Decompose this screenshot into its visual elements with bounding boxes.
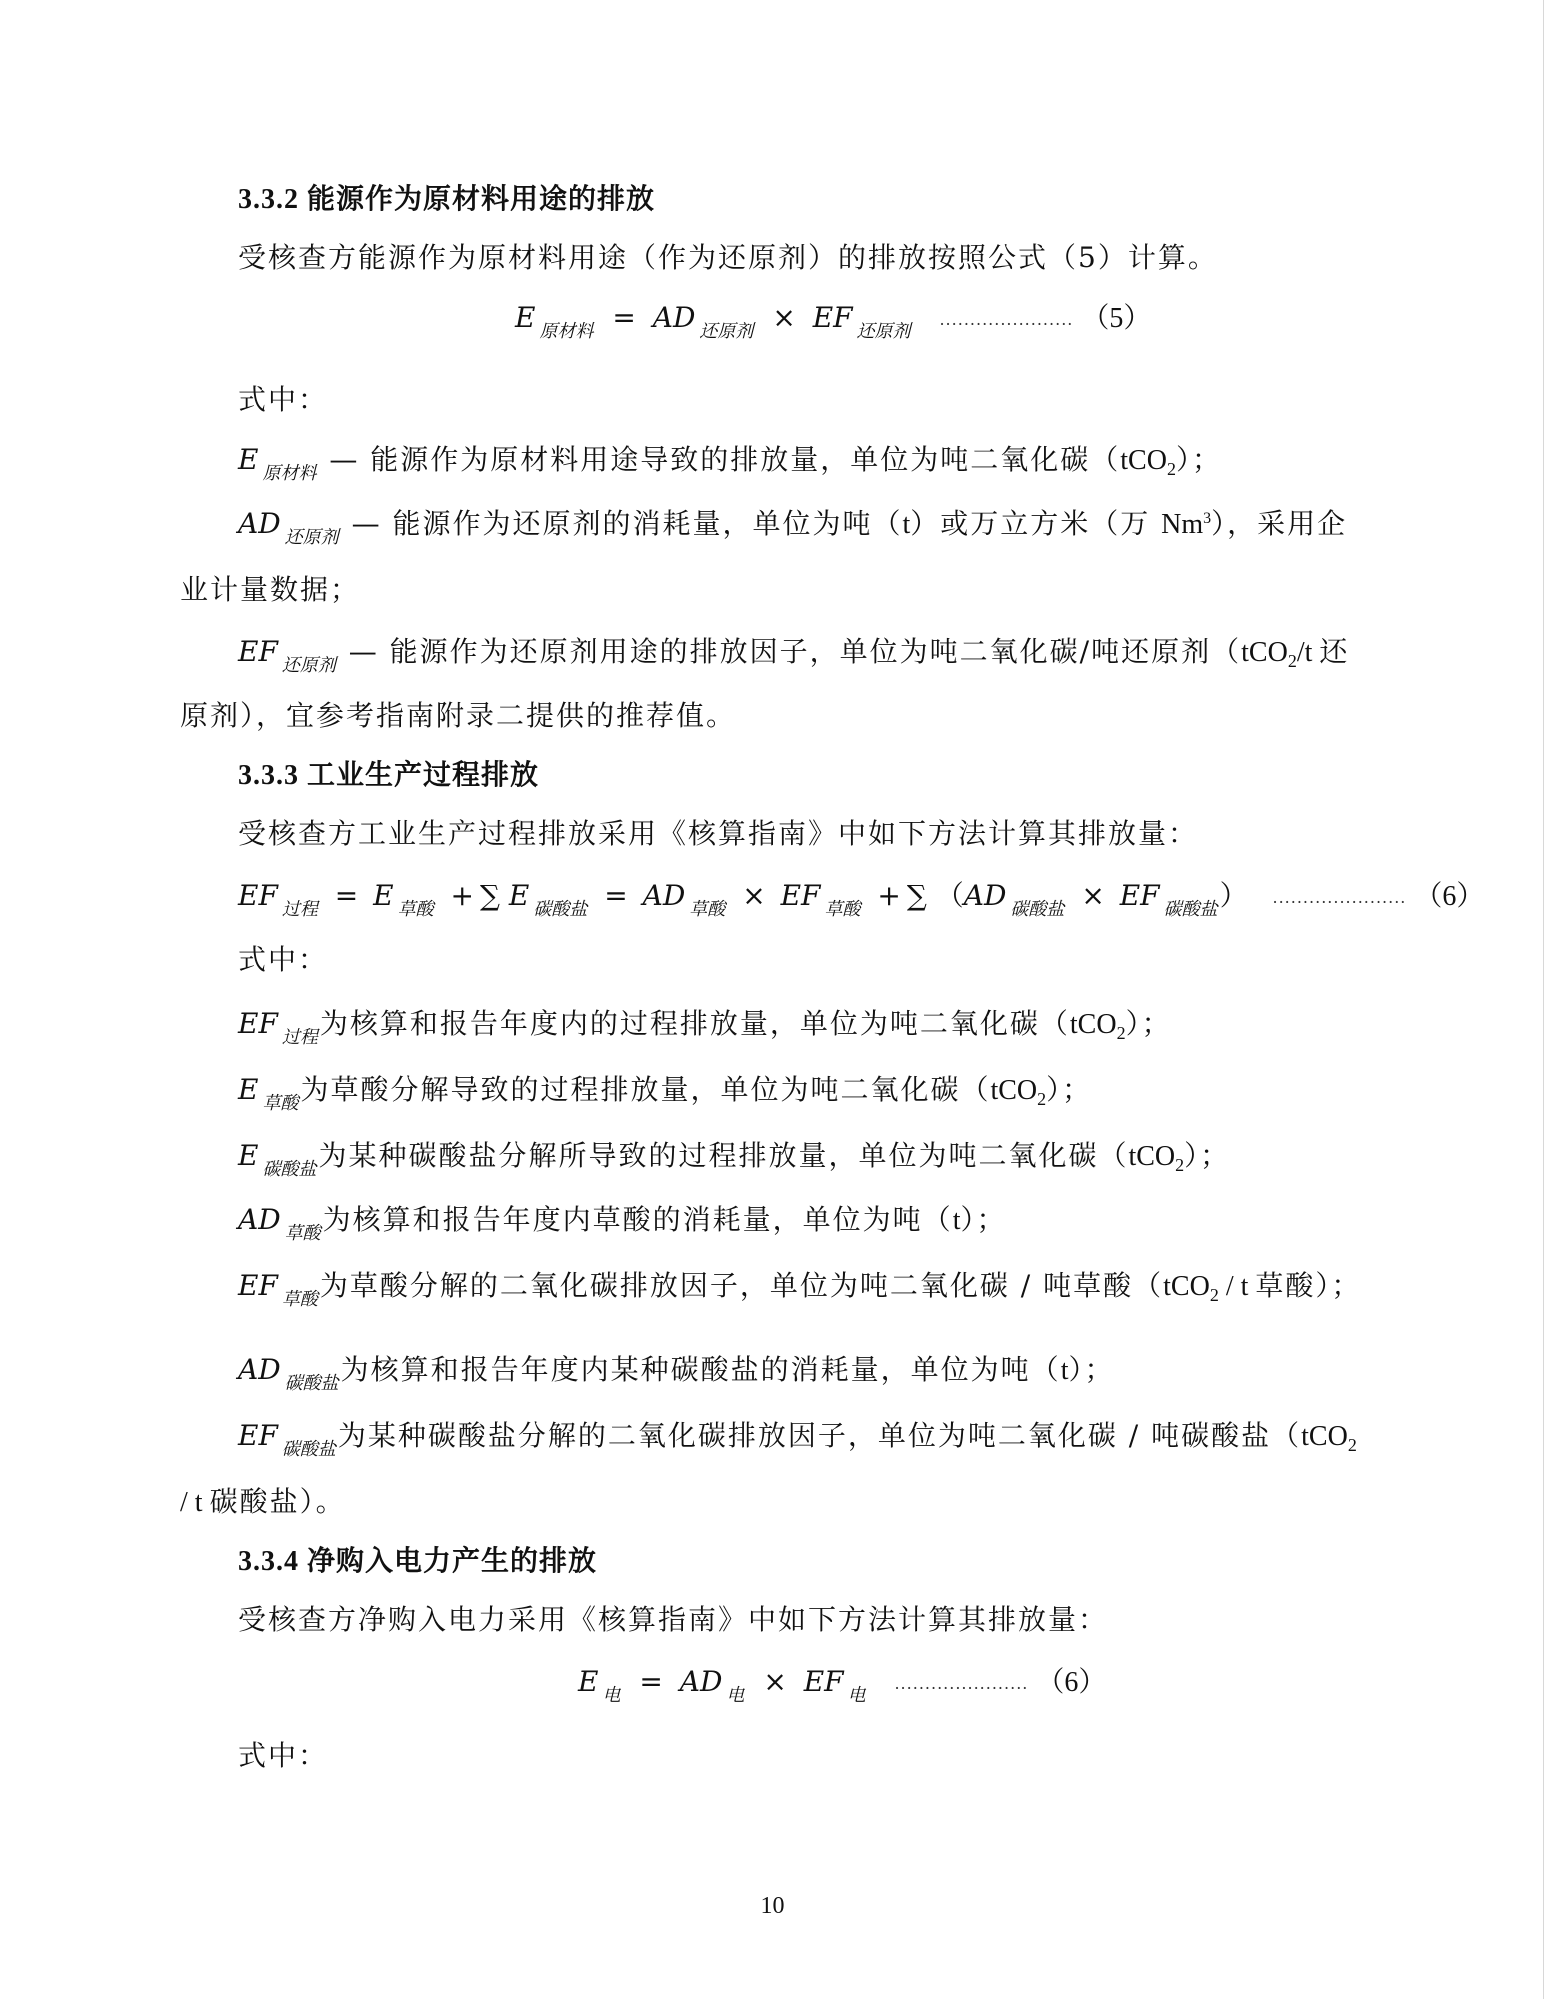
section-heading-3-3-2: 3.3.2 能源作为原材料用途的排放 bbox=[238, 180, 655, 220]
definition-ef-carbonate: EF碳酸盐为某种碳酸盐分解的二氧化碳排放因子，单位为吨二氧化碳 / 吨碳酸盐（t… bbox=[238, 1416, 1357, 1460]
definition-ef-carbonate-continued: / t 碳酸盐）。 bbox=[180, 1482, 346, 1523]
definition-ef-oxalic: EF草酸为草酸分解的二氧化碳排放因子，单位为吨二氧化碳 / 吨草酸（tCO2 /… bbox=[238, 1266, 1361, 1310]
definition-e-raw-material: E原材料 — 能源作为原材料用途导致的排放量，单位为吨二氧化碳（tCO2）； bbox=[238, 440, 1222, 484]
where-label: 式中： bbox=[238, 380, 328, 420]
formula-5: E原材料 = AD还原剂 × EF还原剂 ...................… bbox=[515, 298, 1151, 342]
leader-dots: ...................... bbox=[894, 1674, 1028, 1693]
section-heading-3-3-4: 3.3.4 净购入电力产生的排放 bbox=[238, 1542, 597, 1582]
definition-ef-reductant-continued: 原剂），宜参考指南附录二提供的推荐值。 bbox=[180, 696, 736, 736]
where-label: 式中： bbox=[238, 1736, 328, 1776]
paragraph-intro-3-3-4: 受核查方净购入电力采用《核算指南》中如下方法计算其排放量： bbox=[238, 1600, 1108, 1640]
paragraph-intro-3-3-2: 受核查方能源作为原材料用途（作为还原剂）的排放按照公式（5）计算。 bbox=[238, 238, 1218, 278]
definition-ad-reductant: AD还原剂 — 能源作为还原剂的消耗量，单位为吨（t）或万立方米（万 Nm3），… bbox=[238, 504, 1347, 549]
page-number: 10 bbox=[0, 1893, 1545, 1920]
leader-dots: ...................... bbox=[1273, 888, 1407, 907]
leader-dots: ...................... bbox=[939, 310, 1073, 329]
section-heading-3-3-3: 3.3.3 工业生产过程排放 bbox=[238, 756, 539, 796]
definition-ad-oxalic: AD草酸为核算和报告年度内草酸的消耗量，单位为吨（t）； bbox=[238, 1200, 1006, 1244]
paragraph-intro-3-3-3: 受核查方工业生产过程排放采用《核算指南》中如下方法计算其排放量： bbox=[238, 814, 1198, 854]
definition-e-oxalic: E草酸为草酸分解导致的过程排放量，单位为吨二氧化碳（tCO2）； bbox=[238, 1070, 1092, 1114]
where-label: 式中： bbox=[238, 940, 328, 980]
definition-ad-reductant-continued: 业计量数据； bbox=[180, 570, 360, 610]
definition-ad-carbonate: AD碳酸盐为核算和报告年度内某种碳酸盐的消耗量，单位为吨（t）； bbox=[238, 1350, 1114, 1394]
definition-e-carbonate: E碳酸盐为某种碳酸盐分解所导致的过程排放量，单位为吨二氧化碳（tCO2）； bbox=[238, 1136, 1230, 1180]
definition-ef-reductant: EF还原剂 — 能源作为还原剂用途的排放因子，单位为吨二氧化碳/吨还原剂（tCO… bbox=[238, 632, 1347, 676]
formula-6-process: EF过程 = E草酸 +∑ E碳酸盐 = AD草酸 × EF草酸 +∑ （AD碳… bbox=[238, 876, 1484, 920]
definition-ef-process: EF过程为核算和报告年度内的过程排放量，单位为吨二氧化碳（tCO2）； bbox=[238, 1004, 1172, 1048]
page-edge bbox=[1543, 0, 1544, 1999]
formula-6-electricity: E电 = AD电 × EF电 ......................（6） bbox=[578, 1662, 1106, 1706]
equation-number: （6） bbox=[1414, 881, 1484, 912]
equation-number: （5） bbox=[1081, 303, 1151, 334]
equation-number: （6） bbox=[1036, 1667, 1106, 1698]
